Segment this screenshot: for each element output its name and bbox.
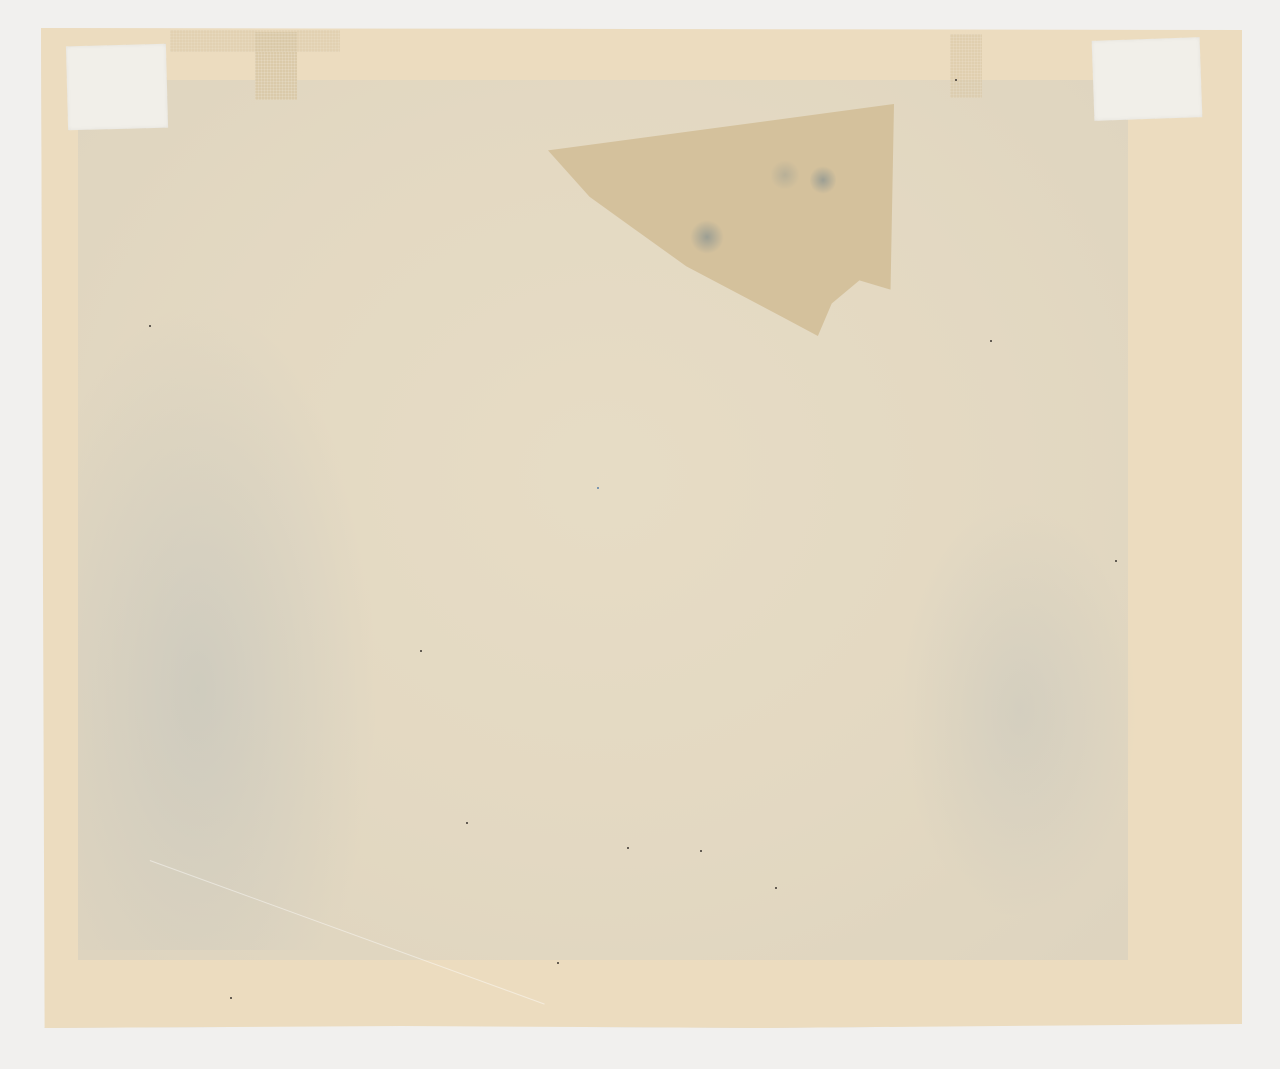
speck <box>990 340 992 342</box>
fabric-tape-right <box>950 34 982 98</box>
speck <box>149 325 151 327</box>
speck <box>700 850 702 852</box>
speck <box>230 997 232 999</box>
hinge-tab-top-right <box>1092 37 1203 121</box>
speck <box>1115 560 1117 562</box>
speck <box>627 847 629 849</box>
hinge-tab-top-left <box>66 44 168 131</box>
speck <box>420 650 422 652</box>
fabric-tape-left-strip <box>170 30 340 52</box>
speck <box>597 487 599 489</box>
speck <box>775 887 777 889</box>
stain-mark <box>810 165 836 195</box>
speck <box>955 79 957 81</box>
stain-mark <box>690 220 724 254</box>
ink-bleed-left <box>78 300 378 950</box>
ink-bleed-right <box>900 500 1140 920</box>
speck <box>466 822 468 824</box>
stain-mark <box>770 160 800 190</box>
speck <box>557 962 559 964</box>
